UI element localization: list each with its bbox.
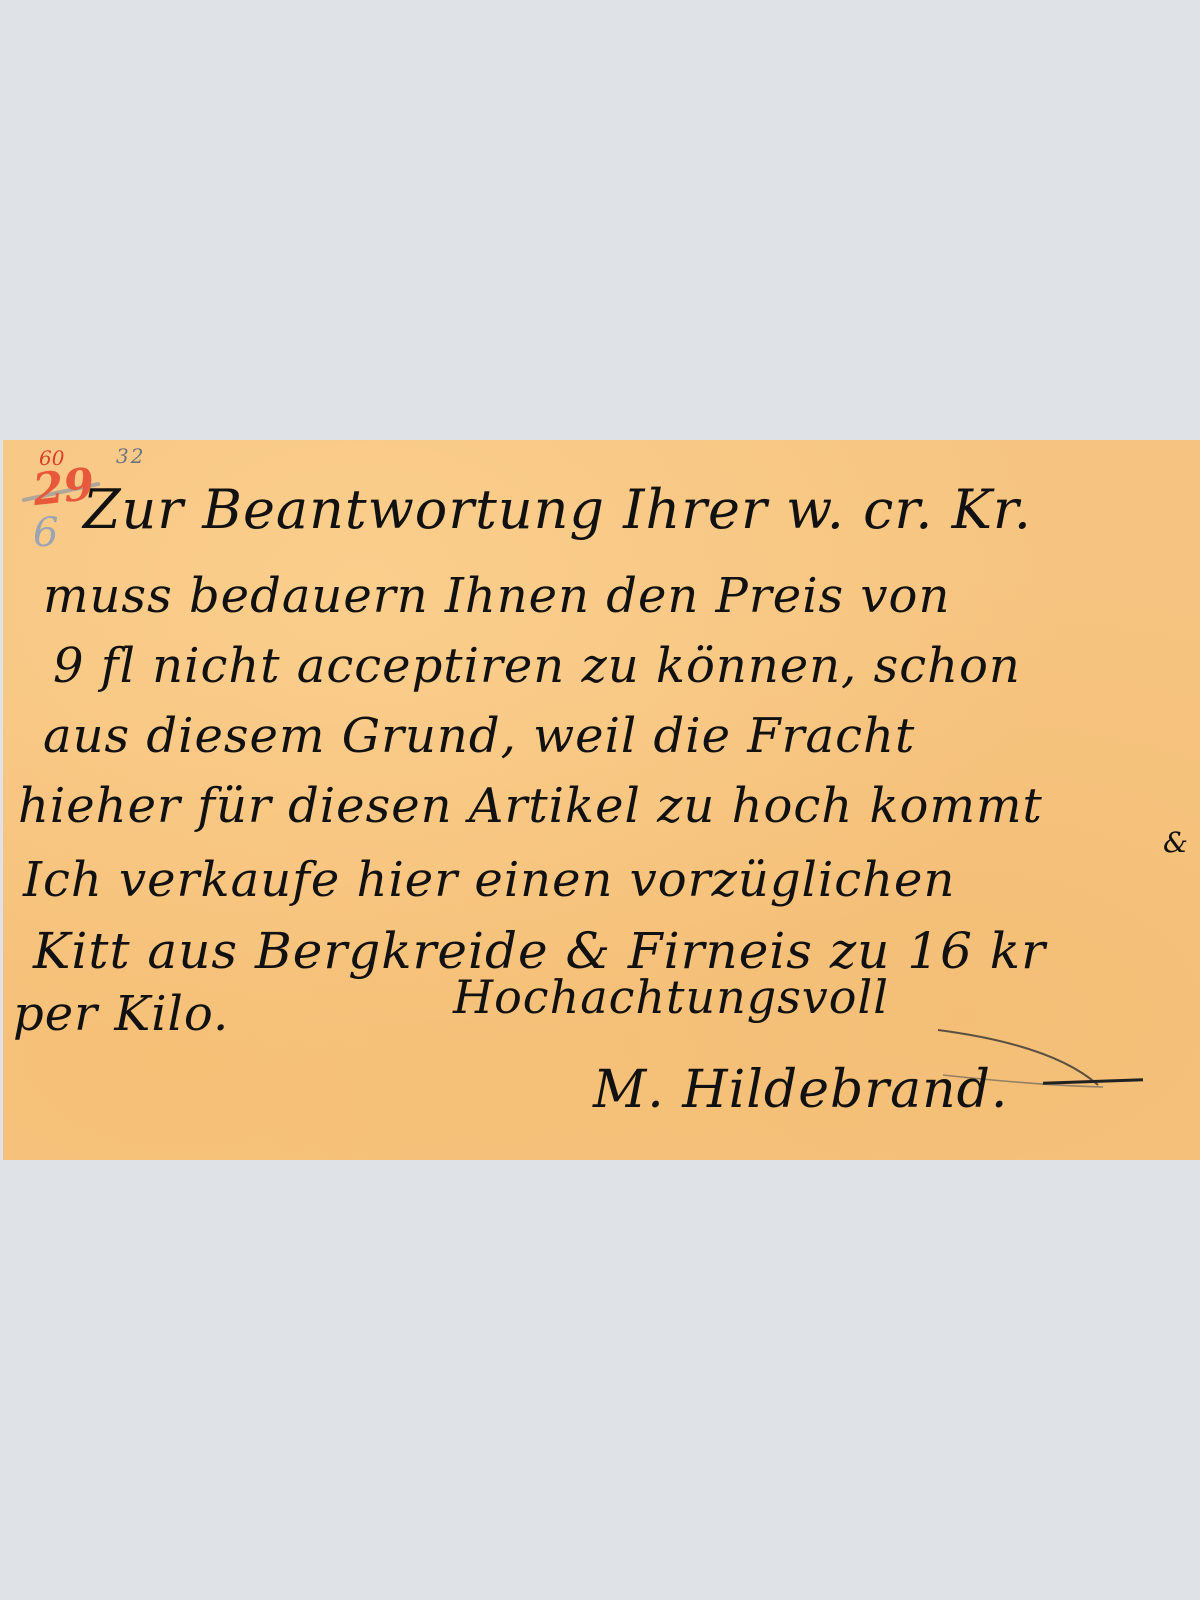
body-line-4: aus diesem Grund, weil die Fracht: [43, 708, 915, 764]
body-line-2: muss bedauern Ihnen den Preis von: [43, 568, 950, 624]
body-line-6: Ich verkaufe hier einen vorzüglichen: [23, 852, 955, 908]
signature: M. Hildebrand.: [593, 1060, 1008, 1120]
archive-number-pencil: 6: [33, 510, 58, 556]
postcard: 60 29 32 6 Zur Beantwortung Ihrer w. cr.…: [3, 440, 1200, 1160]
body-line-3: 9 fl nicht acceptiren zu können, schon: [53, 638, 1021, 694]
closing-salutation: Hochachtungsvoll: [453, 970, 889, 1024]
archive-number-gray: 32: [116, 444, 145, 468]
margin-ampersand: &: [1163, 826, 1188, 859]
document-viewer: 60 29 32 6 Zur Beantwortung Ihrer w. cr.…: [0, 0, 1200, 1600]
body-line-1: Zur Beantwortung Ihrer w. cr. Kr.: [83, 478, 1032, 541]
body-line-5: hieher für diesen Artikel zu hoch kommt: [18, 778, 1043, 834]
body-line-8: per Kilo.: [13, 986, 229, 1042]
